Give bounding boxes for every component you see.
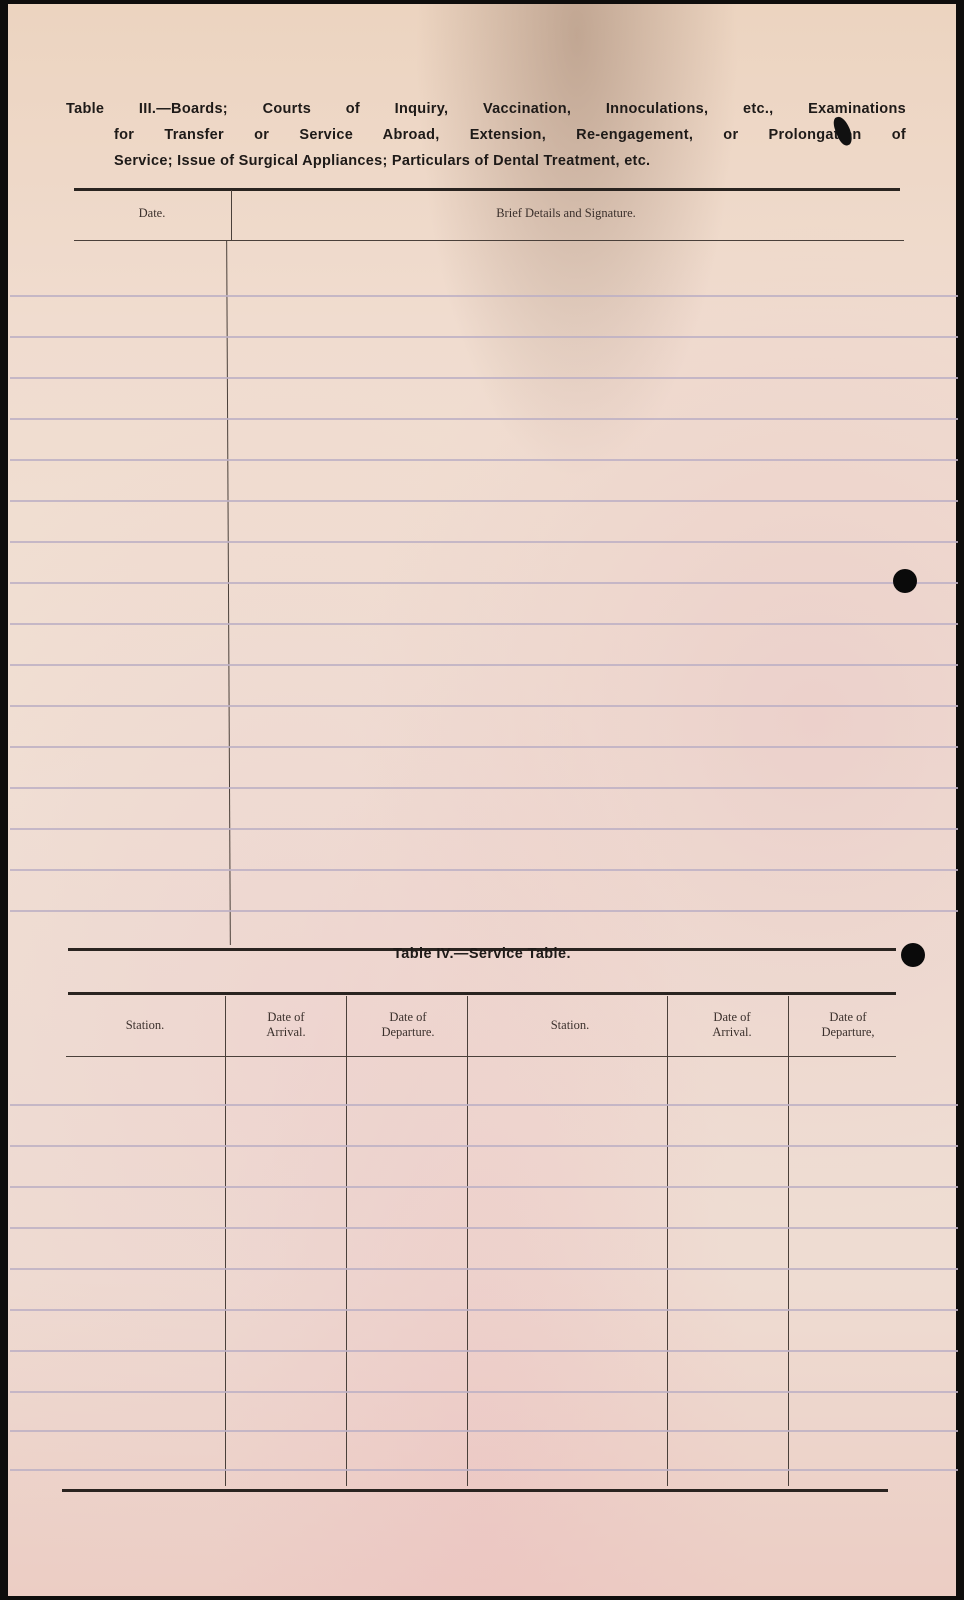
ruled-line [10,500,958,502]
header-text: Station. [551,1018,590,1032]
table3-title-line2: for Transfer or Service Abroad, Extensio… [114,122,906,148]
ruled-line [10,623,958,625]
ruled-line [10,336,958,338]
table3-col-divider-header [231,190,232,240]
ruled-line [10,1268,958,1270]
table4-header-station-1: Station. [66,1018,224,1033]
table4-col-divider [667,996,668,1486]
header-text: Date of [267,1010,304,1024]
ruled-line [10,377,958,379]
table4-header-departure-2: Date ofDeparture, [792,1010,904,1040]
table4-title: Table IV.—Service Table. [0,946,964,962]
header-text: Arrival. [266,1025,305,1039]
header-text: Station. [126,1018,165,1032]
ruled-line [10,1350,958,1352]
ruled-line [10,1227,958,1229]
ruled-line [10,418,958,420]
header-text: Departure, [821,1025,874,1039]
ruled-line [10,664,958,666]
ruled-line [10,1104,958,1106]
ruled-line [10,910,958,912]
ruled-line [10,1391,958,1393]
ruled-line [10,1309,958,1311]
ruled-line [10,295,958,297]
ruled-line [10,1145,958,1147]
table4-header-arrival-2: Date ofArrival. [672,1010,792,1040]
ruled-line [10,1430,958,1432]
table4-bottom-rule [62,1489,888,1492]
table4-header-rule [66,1056,896,1057]
ruled-line [10,869,958,871]
header-text: Date of [713,1010,750,1024]
ruled-line [10,541,958,543]
table4-col-divider [788,996,789,1486]
header-text: Date of [829,1010,866,1024]
table4-col-divider [467,996,468,1486]
ruled-line [10,787,958,789]
header-text: Arrival. [712,1025,751,1039]
table3-header-details: Brief Details and Signature. [232,206,900,221]
table4-header-arrival-1: Date ofArrival. [226,1010,346,1040]
ruled-line [10,459,958,461]
table3-title-line3: Service; Issue of Surgical Appliances; P… [114,148,906,174]
ruled-line [10,828,958,830]
ruled-line [10,1469,958,1471]
ruled-line [10,705,958,707]
header-text: Date of [389,1010,426,1024]
table4-header-station-2: Station. [470,1018,670,1033]
table3-header-rule [74,240,904,241]
table4-col-divider [346,996,347,1486]
document-page [8,4,956,1596]
table3-top-rule [74,188,900,191]
table4-col-divider [225,996,226,1486]
punch-hole [893,569,917,593]
table3-title: Table III.—Boards; Courts of Inquiry, Va… [66,96,906,174]
table4-header-departure-1: Date ofDeparture. [348,1010,468,1040]
ruled-line [10,1186,958,1188]
ruled-line [10,746,958,748]
ruled-line [10,582,958,584]
table3-header-date: Date. [74,206,230,221]
table3-title-line1: Table III.—Boards; Courts of Inquiry, Va… [66,96,906,122]
header-text: Departure. [381,1025,434,1039]
table4-header-top-rule [68,992,896,995]
